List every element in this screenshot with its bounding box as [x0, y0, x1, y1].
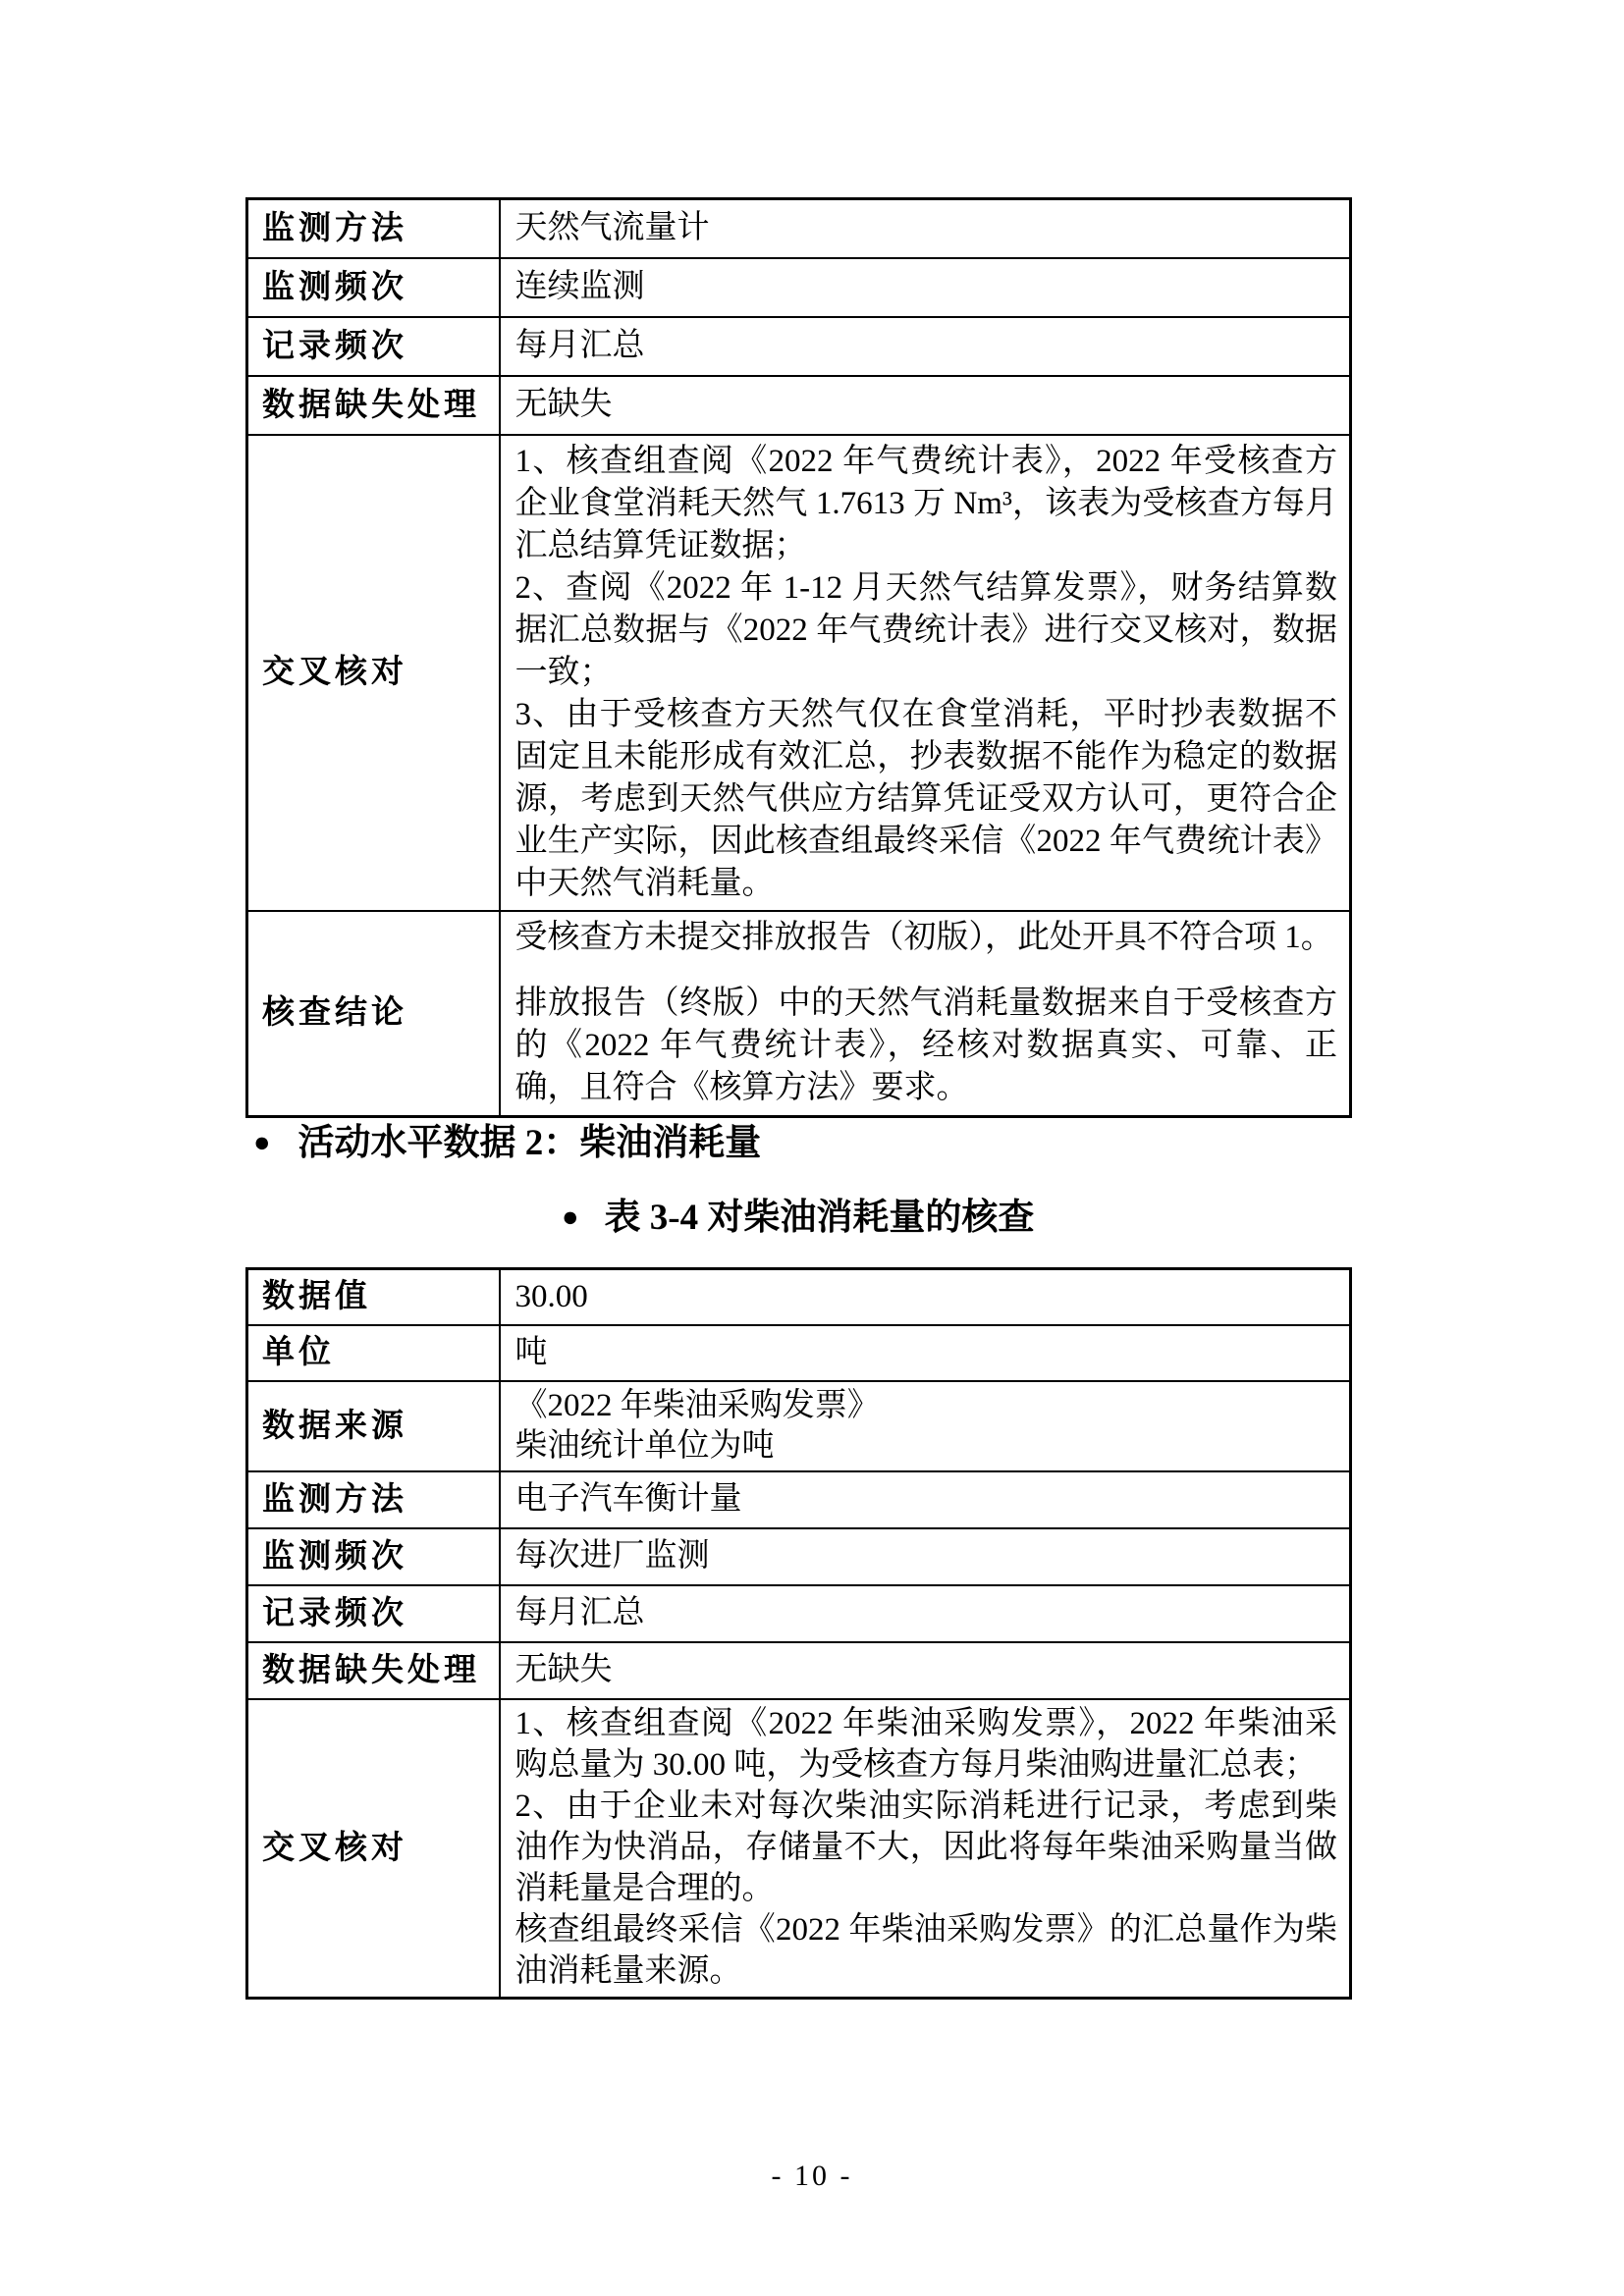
table-caption-text: 表 3-4 对柴油消耗量的核查 [605, 1198, 1035, 1238]
conclusion-paragraph: 受核查方未提交排放报告（初版），此处开具不符合项 1。 [515, 917, 1338, 959]
row-label: 数据来源 [247, 1381, 500, 1471]
table-row: 监测频次 连续监测 [247, 258, 1351, 317]
table-row: 交叉核对 1、核查组查阅《2022 年柴油采购发票》，2022 年柴油采购总量为… [247, 1699, 1351, 1999]
cross-check-paragraph: 1、核查组查阅《2022 年气费统计表》，2022 年受核查方企业食堂消耗天然气… [515, 441, 1338, 567]
document-page: 监测方法 天然气流量计 监测频次 连续监测 记录频次 每月汇总 数据缺失处理 无… [0, 0, 1624, 2296]
row-value: 连续监测 [500, 258, 1351, 317]
activity-data-heading: ●活动水平数据 2：柴油消耗量 [253, 1121, 761, 1165]
cross-check-paragraph: 核查组最终采信《2022 年柴油采购发票》的汇总量作为柴油消耗量来源。 [515, 1909, 1338, 1992]
row-label: 记录频次 [247, 1585, 500, 1642]
bullet-icon: ● [253, 1121, 271, 1164]
table-row: 监测频次 每次进厂监测 [247, 1528, 1351, 1585]
row-value: 吨 [500, 1325, 1351, 1381]
data-source-cell: 《2022 年柴油采购发票》 柴油统计单位为吨 [500, 1381, 1351, 1471]
conclusion-paragraph: 排放报告（终版）中的天然气消耗量数据来自于受核查方的《2022 年气费统计表》，… [515, 983, 1338, 1109]
row-value: 电子汽车衡计量 [500, 1471, 1351, 1528]
table-row: 监测方法 天然气流量计 [247, 199, 1351, 258]
row-value: 无缺失 [500, 1642, 1351, 1699]
row-value: 天然气流量计 [500, 199, 1351, 258]
cross-check-paragraph: 3、由于受核查方天然气仅在食堂消耗，平时抄表数据不固定且未能形成有效汇总，抄表数… [515, 694, 1338, 905]
row-label: 数据缺失处理 [247, 1642, 500, 1699]
cross-check-paragraph: 2、由于企业未对每次柴油实际消耗进行记录，考虑到柴油作为快消品，存储量不大，因此… [515, 1786, 1338, 1909]
row-label: 交叉核对 [247, 1699, 500, 1999]
row-label: 数据缺失处理 [247, 376, 500, 435]
table-row: 数据值 30.00 [247, 1269, 1351, 1325]
conclusion-cell: 受核查方未提交排放报告（初版），此处开具不符合项 1。 排放报告（终版）中的天然… [500, 911, 1351, 1117]
row-label: 交叉核对 [247, 435, 500, 911]
row-value: 每月汇总 [500, 1585, 1351, 1642]
cross-check-paragraph: 2、查阅《2022 年 1-12 月天然气结算发票》，财务结算数据汇总数据与《2… [515, 567, 1338, 694]
table-caption: ●表 3-4 对柴油消耗量的核查 [562, 1196, 1034, 1240]
natural-gas-verification-table: 监测方法 天然气流量计 监测频次 连续监测 记录频次 每月汇总 数据缺失处理 无… [245, 197, 1352, 1118]
row-value: 30.00 [500, 1269, 1351, 1325]
row-label: 监测频次 [247, 1528, 500, 1585]
row-label: 监测方法 [247, 1471, 500, 1528]
table-row: 记录频次 每月汇总 [247, 317, 1351, 376]
activity-heading-text: 活动水平数据 2：柴油消耗量 [298, 1123, 762, 1163]
row-label: 单位 [247, 1325, 500, 1381]
cross-check-cell: 1、核查组查阅《2022 年气费统计表》，2022 年受核查方企业食堂消耗天然气… [500, 435, 1351, 911]
table-row: 记录频次 每月汇总 [247, 1585, 1351, 1642]
table-row: 单位 吨 [247, 1325, 1351, 1381]
page-number: - 10 - [0, 2160, 1624, 2193]
cross-check-cell: 1、核查组查阅《2022 年柴油采购发票》，2022 年柴油采购总量为 30.0… [500, 1699, 1351, 1999]
table-row: 数据来源 《2022 年柴油采购发票》 柴油统计单位为吨 [247, 1381, 1351, 1471]
row-label: 监测方法 [247, 199, 500, 258]
data-source-line: 《2022 年柴油采购发票》 [515, 1386, 1338, 1426]
cross-check-paragraph: 1、核查组查阅《2022 年柴油采购发票》，2022 年柴油采购总量为 30.0… [515, 1703, 1338, 1786]
table-row: 核查结论 受核查方未提交排放报告（初版），此处开具不符合项 1。 排放报告（终版… [247, 911, 1351, 1117]
row-label: 核查结论 [247, 911, 500, 1117]
row-label: 记录频次 [247, 317, 500, 376]
row-value: 每月汇总 [500, 317, 1351, 376]
bullet-icon: ● [562, 1196, 579, 1239]
table-row: 数据缺失处理 无缺失 [247, 1642, 1351, 1699]
row-label: 数据值 [247, 1269, 500, 1325]
data-source-line: 柴油统计单位为吨 [515, 1426, 1338, 1467]
table-row: 交叉核对 1、核查组查阅《2022 年气费统计表》，2022 年受核查方企业食堂… [247, 435, 1351, 911]
row-value: 无缺失 [500, 376, 1351, 435]
table-row: 监测方法 电子汽车衡计量 [247, 1471, 1351, 1528]
diesel-verification-table: 数据值 30.00 单位 吨 数据来源 《2022 年柴油采购发票》 柴油统计单… [245, 1267, 1352, 2000]
row-value: 每次进厂监测 [500, 1528, 1351, 1585]
table-row: 数据缺失处理 无缺失 [247, 376, 1351, 435]
row-label: 监测频次 [247, 258, 500, 317]
